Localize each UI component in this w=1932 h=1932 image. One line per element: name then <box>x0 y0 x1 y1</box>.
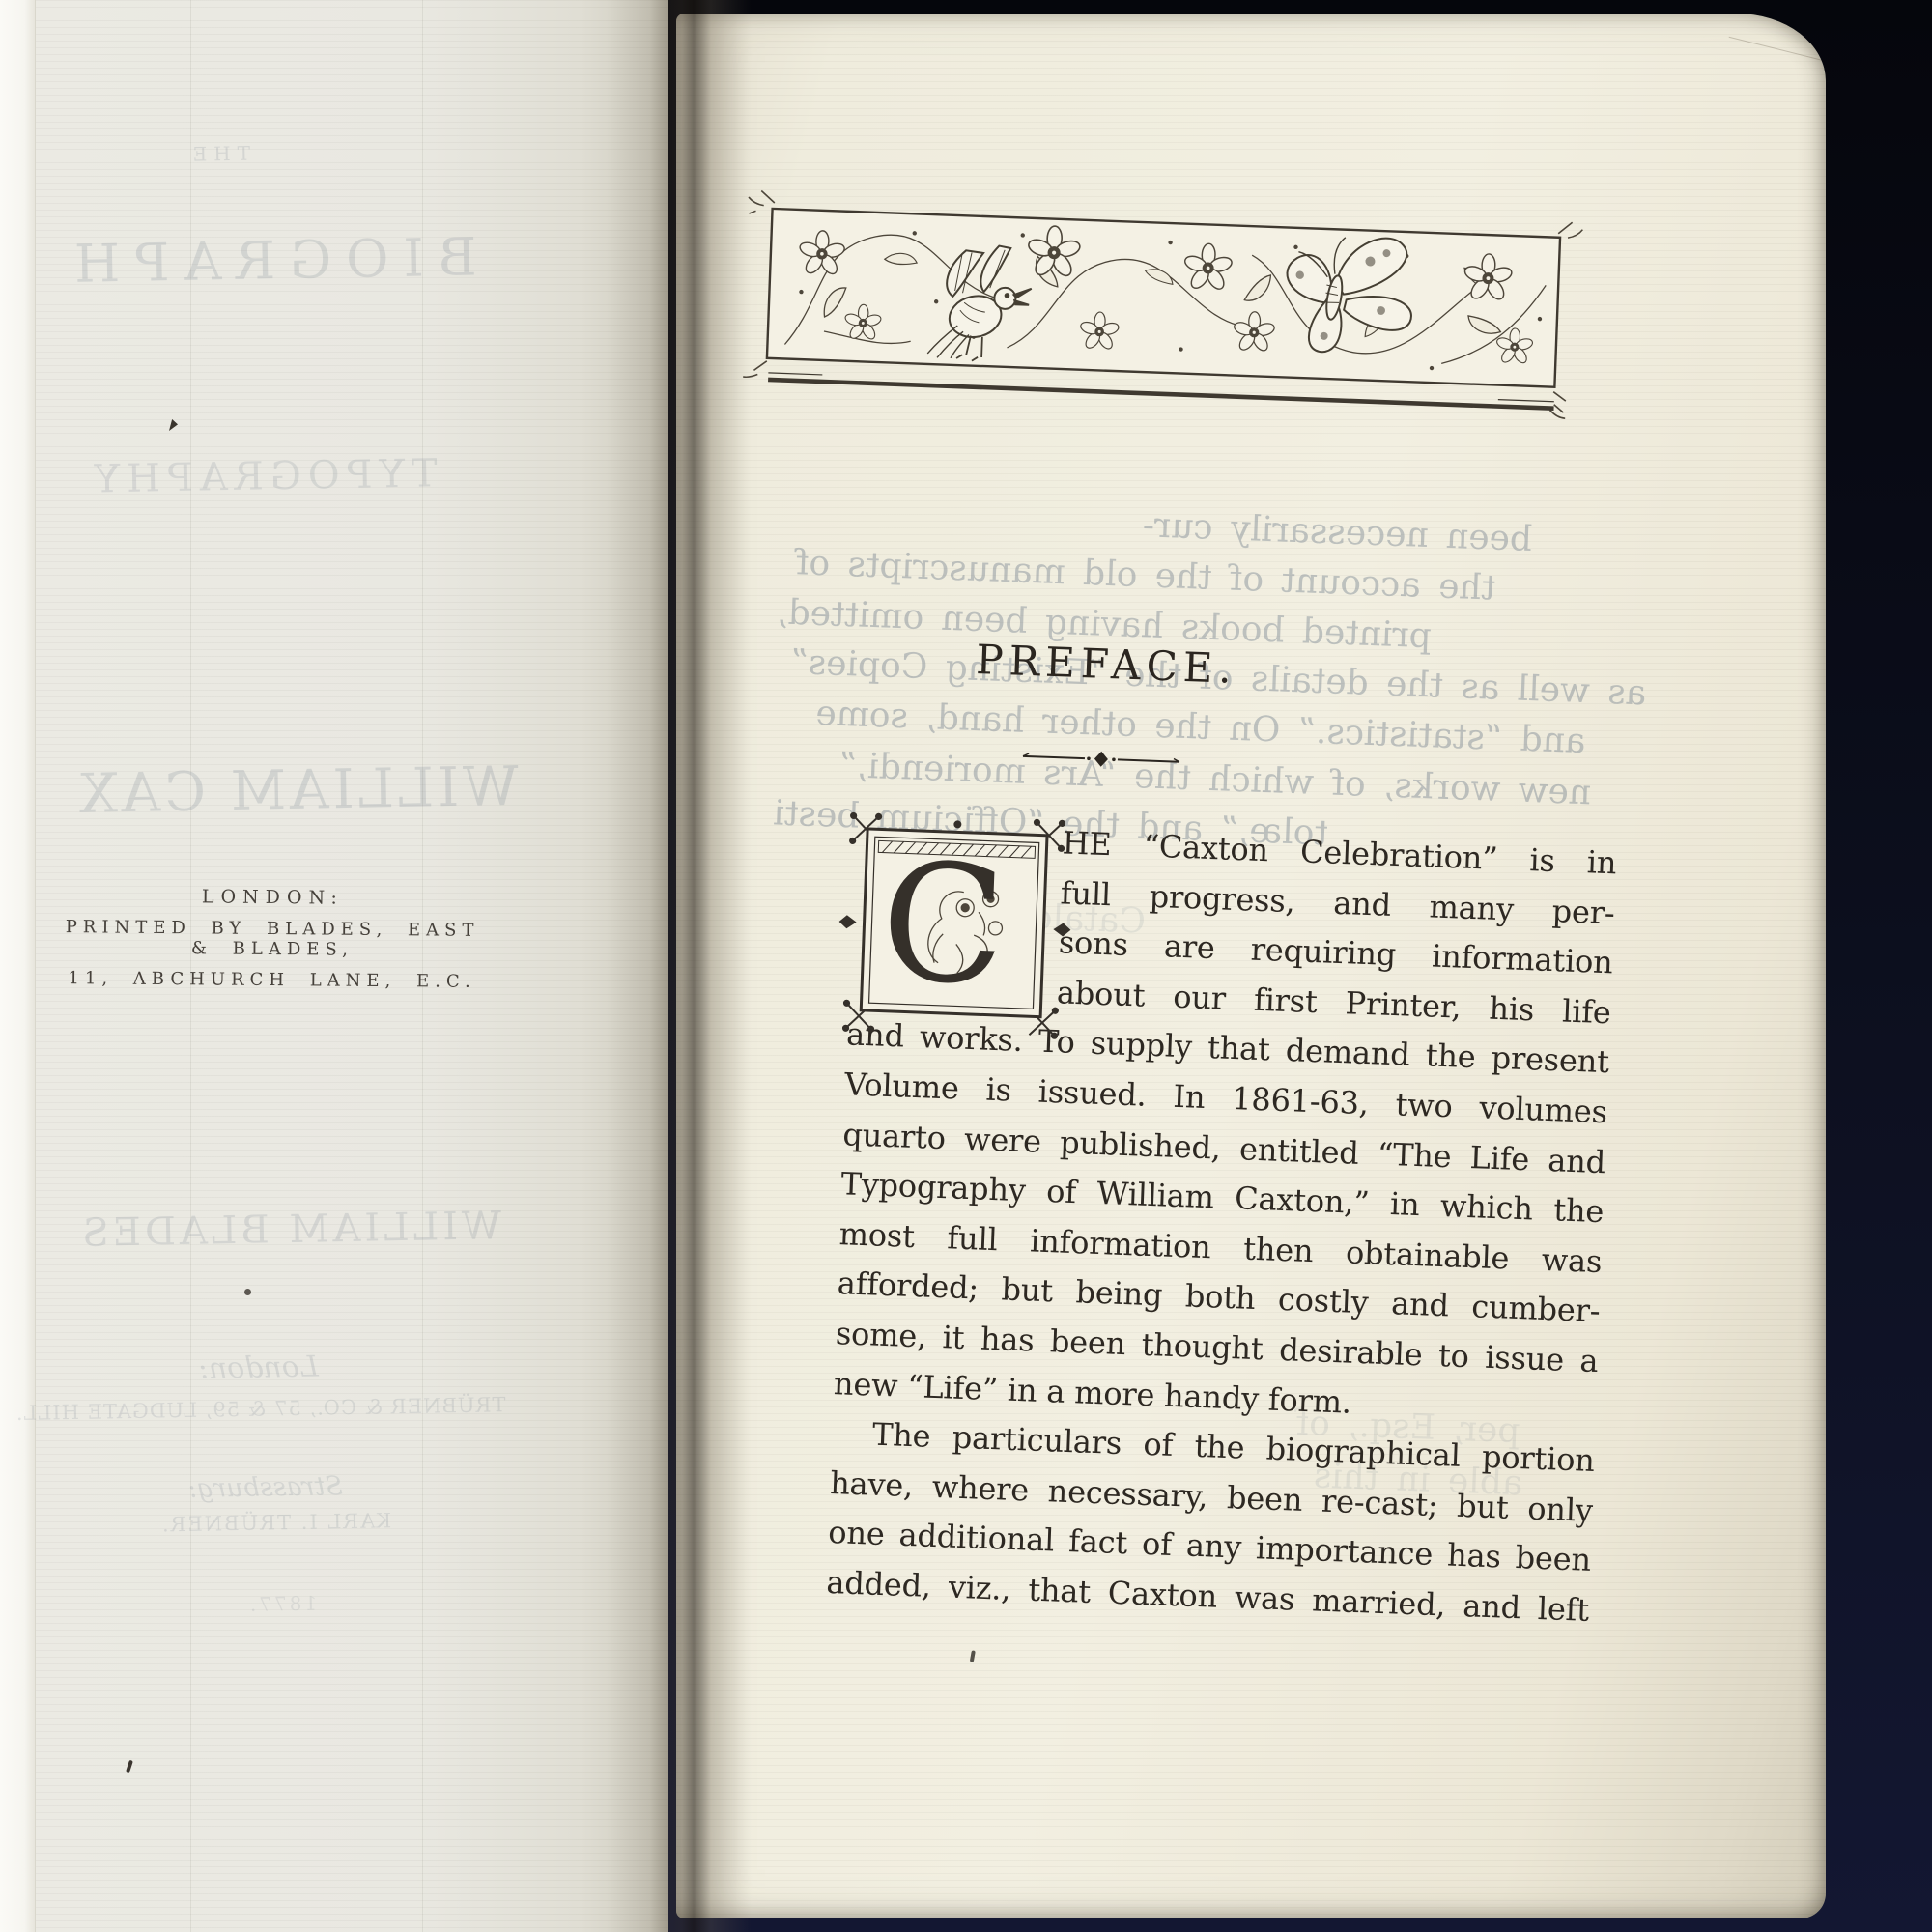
printer-imprint: LONDON: PRINTED BY BLADES, EAST & BLADES… <box>65 885 481 992</box>
left-page: THE BIOGRAPH TYPOGRAPHY WILLIAM CAX WILL… <box>36 0 668 1932</box>
show-through-year: 1877. <box>195 1591 369 1617</box>
show-through-trubner: TRÜBNER & CO., 57 & 59, LUDGATE HILL. <box>61 1393 505 1424</box>
show-through-line: been necessarily cur- <box>1142 505 1533 559</box>
show-through-strassburg: Strassburg: <box>155 1471 378 1505</box>
left-pages-stack: THE BIOGRAPH TYPOGRAPHY WILLIAM CAX WILL… <box>0 0 668 1932</box>
body-text-column: C HE “Caxton Celebration” is in full pro… <box>826 810 1618 1635</box>
ink-fleck <box>244 1289 251 1295</box>
book-photo: { "left_page": { "show_through": { "the"… <box>0 0 1932 1932</box>
show-through-london: London: <box>142 1350 375 1387</box>
show-through-title-biograph: BIOGRAPH <box>55 226 481 295</box>
drop-cap-initial-c: C <box>839 814 1071 1037</box>
ink-fleck <box>970 1650 976 1662</box>
headpiece-engraving <box>763 199 1562 426</box>
right-page: PREFACE. been necessarily cur- the accou… <box>676 14 1826 1918</box>
right-page-content: PREFACE. been necessarily cur- the accou… <box>709 14 1579 1916</box>
show-through-title-typography: TYPOGRAPHY <box>69 451 456 502</box>
page-crease <box>1729 37 1826 66</box>
show-through-author-william-blades: WILLIAM BLADES <box>72 1204 508 1256</box>
show-through-title-william-caxton: WILLIAM CAX <box>45 754 549 826</box>
imprint-line-address: 11, ABCHURCH LANE, E.C. <box>65 968 480 992</box>
show-through-title-the: THE <box>141 141 296 167</box>
imprint-line-printer: PRINTED BY BLADES, EAST & BLADES, <box>65 917 480 961</box>
imprint-line-london: LONDON: <box>65 885 480 910</box>
svg-text:C: C <box>878 828 1009 1022</box>
show-through-karl-trubner: KARL I. TRÜBNER. <box>135 1509 415 1537</box>
